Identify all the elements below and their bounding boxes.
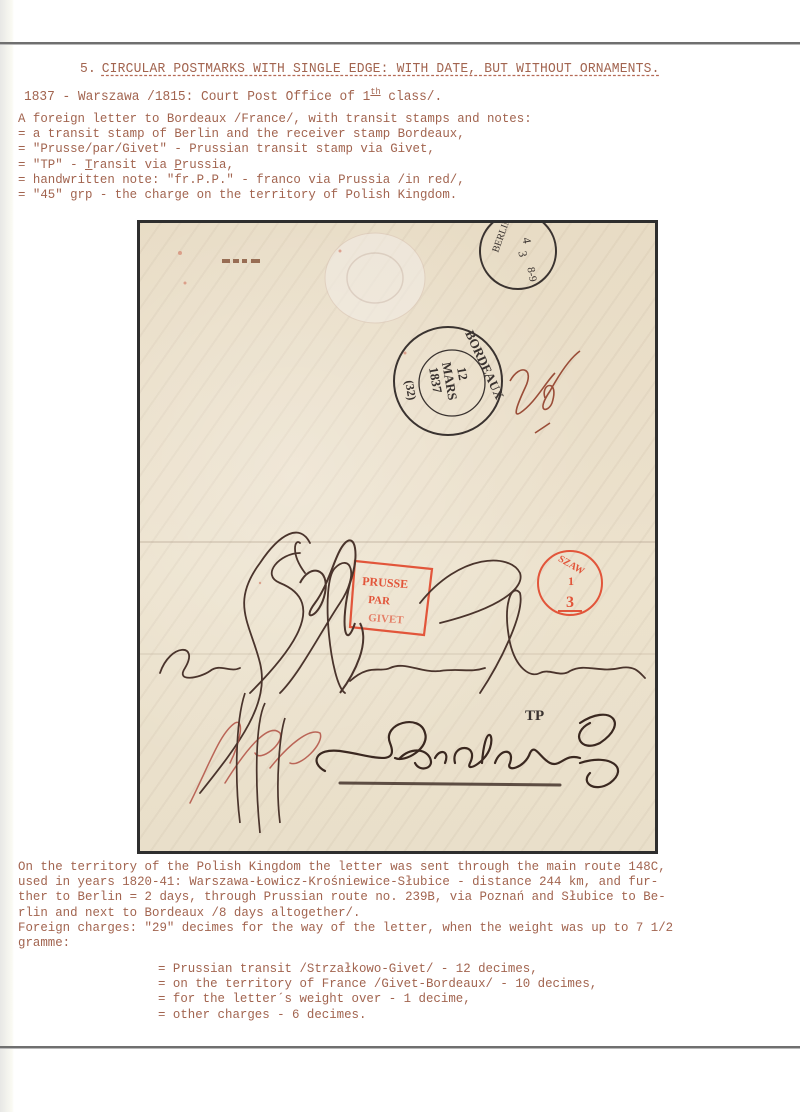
- manuscript-strokes: [237, 693, 285, 833]
- body-line: On the territory of the Polish Kingdom t…: [18, 860, 673, 875]
- charge-line: = for the letter´s weight over - 1 decim…: [158, 992, 597, 1007]
- charges-breakdown: = Prussian transit /Strzałkowo-Givet/ - …: [158, 962, 597, 1023]
- intro-line: = handwritten note: "fr.P.P." - franco v…: [18, 173, 532, 188]
- intro-line: = "Prusse/par/Givet" - Prussian transit …: [18, 142, 532, 157]
- charge-line: = on the territory of France /Givet-Bord…: [158, 977, 597, 992]
- section-heading: 5.CIRCULAR POSTMARKS WITH SINGLE EDGE: W…: [80, 62, 660, 77]
- svg-text:PRUSSE: PRUSSE: [362, 574, 409, 591]
- intro-description: A foreign letter to Bordeaux /France/, w…: [18, 112, 532, 203]
- section-title: CIRCULAR POSTMARKS WITH SINGLE EDGE: WIT…: [102, 62, 660, 77]
- svg-text:3: 3: [515, 250, 530, 258]
- subheading-superscript: th: [370, 87, 380, 97]
- svg-text:4: 4: [520, 236, 535, 244]
- body-line: used in years 1820-41: Warszawa-Łowicz-K…: [18, 875, 673, 890]
- svg-text:1837: 1837: [426, 366, 445, 395]
- svg-text:8-9: 8-9: [524, 266, 538, 283]
- red-franco-note: [190, 722, 321, 803]
- subheading-suffix: class/.: [381, 90, 443, 105]
- svg-text:(32): (32): [402, 379, 419, 401]
- body-line: ther to Berlin = 2 days, through Prussia…: [18, 890, 673, 905]
- route-description: On the territory of the Polish Kingdom t…: [18, 860, 673, 951]
- top-divider: [0, 42, 800, 45]
- letter-image-frame: BERLIN 4 3 8-9 BORDEAUX 12 MARS 1837 (32…: [137, 220, 658, 854]
- handwritten-city: [317, 715, 618, 787]
- letter-markings: BERLIN 4 3 8-9 BORDEAUX 12 MARS 1837 (32…: [140, 223, 655, 851]
- faint-cancel-mark: [222, 259, 260, 263]
- section-number: 5.: [80, 62, 96, 77]
- intro-line: = "45" grp - the charge on the territory…: [18, 188, 532, 203]
- intro-line: A foreign letter to Bordeaux /France/, w…: [18, 112, 532, 127]
- svg-text:GIVET: GIVET: [368, 612, 405, 626]
- body-line: rlin and next to Bordeaux /8 days altoge…: [18, 906, 673, 921]
- page-margin-strip: [0, 0, 14, 1112]
- svg-text:PAR: PAR: [368, 594, 392, 608]
- bordeaux-postmark-icon: BORDEAUX 12 MARS 1837 (32): [394, 327, 508, 435]
- svg-text:BERLIN: BERLIN: [490, 223, 513, 254]
- wax-seal-icon: [325, 233, 425, 323]
- tp-stamp: TP: [525, 708, 544, 724]
- charge-28-manuscript: [510, 351, 580, 433]
- berlin-postmark-icon: BERLIN 4 3 8-9: [480, 223, 556, 289]
- charge-line: = Prussian transit /Strzałkowo-Givet/ - …: [158, 962, 597, 977]
- svg-text:1: 1: [568, 574, 574, 588]
- prusse-par-givet-stamp-icon: PRUSSE PAR GIVET: [350, 561, 432, 635]
- subheading-prefix: 1837 - Warszawa /1815: Court Post Office…: [24, 90, 370, 105]
- charge-line: = other charges - 6 decimes.: [158, 1008, 597, 1023]
- warszawa-postmark-icon: SZAW 1 3: [538, 551, 602, 615]
- letter-cover-image: BERLIN 4 3 8-9 BORDEAUX 12 MARS 1837 (32…: [140, 223, 655, 851]
- body-line: Foreign charges: "29" decimes for the wa…: [18, 921, 673, 936]
- body-line: gramme:: [18, 936, 673, 951]
- intro-line: = a transit stamp of Berlin and the rece…: [18, 127, 532, 142]
- intro-line-tp: = "TP" - Transit via Prussia,: [18, 158, 532, 173]
- bottom-divider: [0, 1046, 800, 1049]
- exhibit-subheading: 1837 - Warszawa /1815: Court Post Office…: [24, 87, 442, 105]
- svg-text:3: 3: [566, 594, 574, 611]
